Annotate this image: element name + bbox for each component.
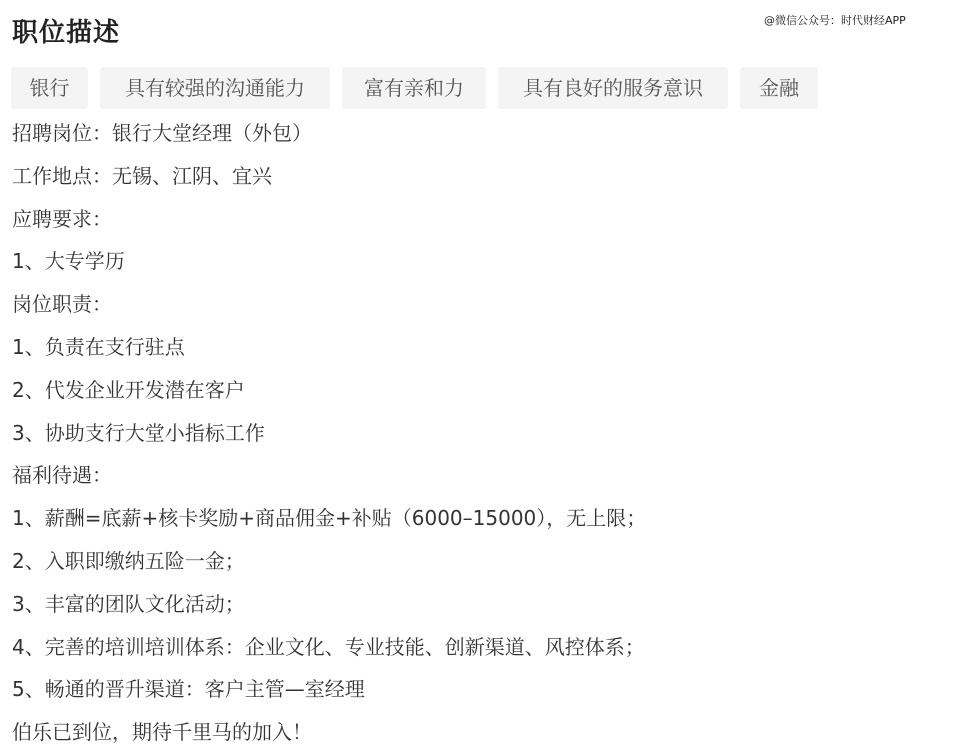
- location-line: 工作地点：无锡、江阴、宜兴: [12, 155, 646, 198]
- watermark: @微信公众号：时代财经APP: [764, 12, 906, 28]
- benefit-item: 3、丰富的团队文化活动；: [12, 583, 646, 626]
- benefit-item: 2、入职即缴纳五险一金；: [12, 540, 646, 583]
- tag-service[interactable]: 具有良好的服务意识: [498, 67, 728, 109]
- tag-communication[interactable]: 具有较强的沟通能力: [100, 67, 330, 109]
- requirement-item: 1、大专学历: [12, 240, 646, 283]
- position-line: 招聘岗位：银行大堂经理（外包）: [12, 112, 646, 155]
- tag-affinity[interactable]: 富有亲和力: [342, 67, 486, 109]
- requirements-heading: 应聘要求：: [12, 198, 646, 241]
- benefits-heading: 福利待遇：: [12, 454, 646, 497]
- tag-finance[interactable]: 金融: [740, 67, 818, 109]
- duty-item: 3、协助支行大堂小指标工作: [12, 412, 646, 455]
- tag-list: 银行 具有较强的沟通能力 富有亲和力 具有良好的服务意识 金融: [11, 67, 818, 109]
- benefit-item: 4、完善的培训培训体系：企业文化、专业技能、创新渠道、风控体系；: [12, 626, 646, 669]
- page-title: 职位描述: [12, 12, 120, 49]
- job-description: 招聘岗位：银行大堂经理（外包） 工作地点：无锡、江阴、宜兴 应聘要求： 1、大专…: [12, 112, 646, 751]
- duty-item: 2、代发企业开发潜在客户: [12, 369, 646, 412]
- tag-bank[interactable]: 银行: [11, 67, 88, 109]
- duties-heading: 岗位职责：: [12, 283, 646, 326]
- benefit-item: 1、薪酬=底薪+核卡奖励+商品佣金+补贴（6000–15000），无上限；: [12, 497, 646, 540]
- benefit-item: 5、畅通的晋升渠道：客户主管—室经理: [12, 668, 646, 711]
- duty-item: 1、负责在支行驻点: [12, 326, 646, 369]
- closing-line: 伯乐已到位，期待千里马的加入！: [12, 711, 646, 751]
